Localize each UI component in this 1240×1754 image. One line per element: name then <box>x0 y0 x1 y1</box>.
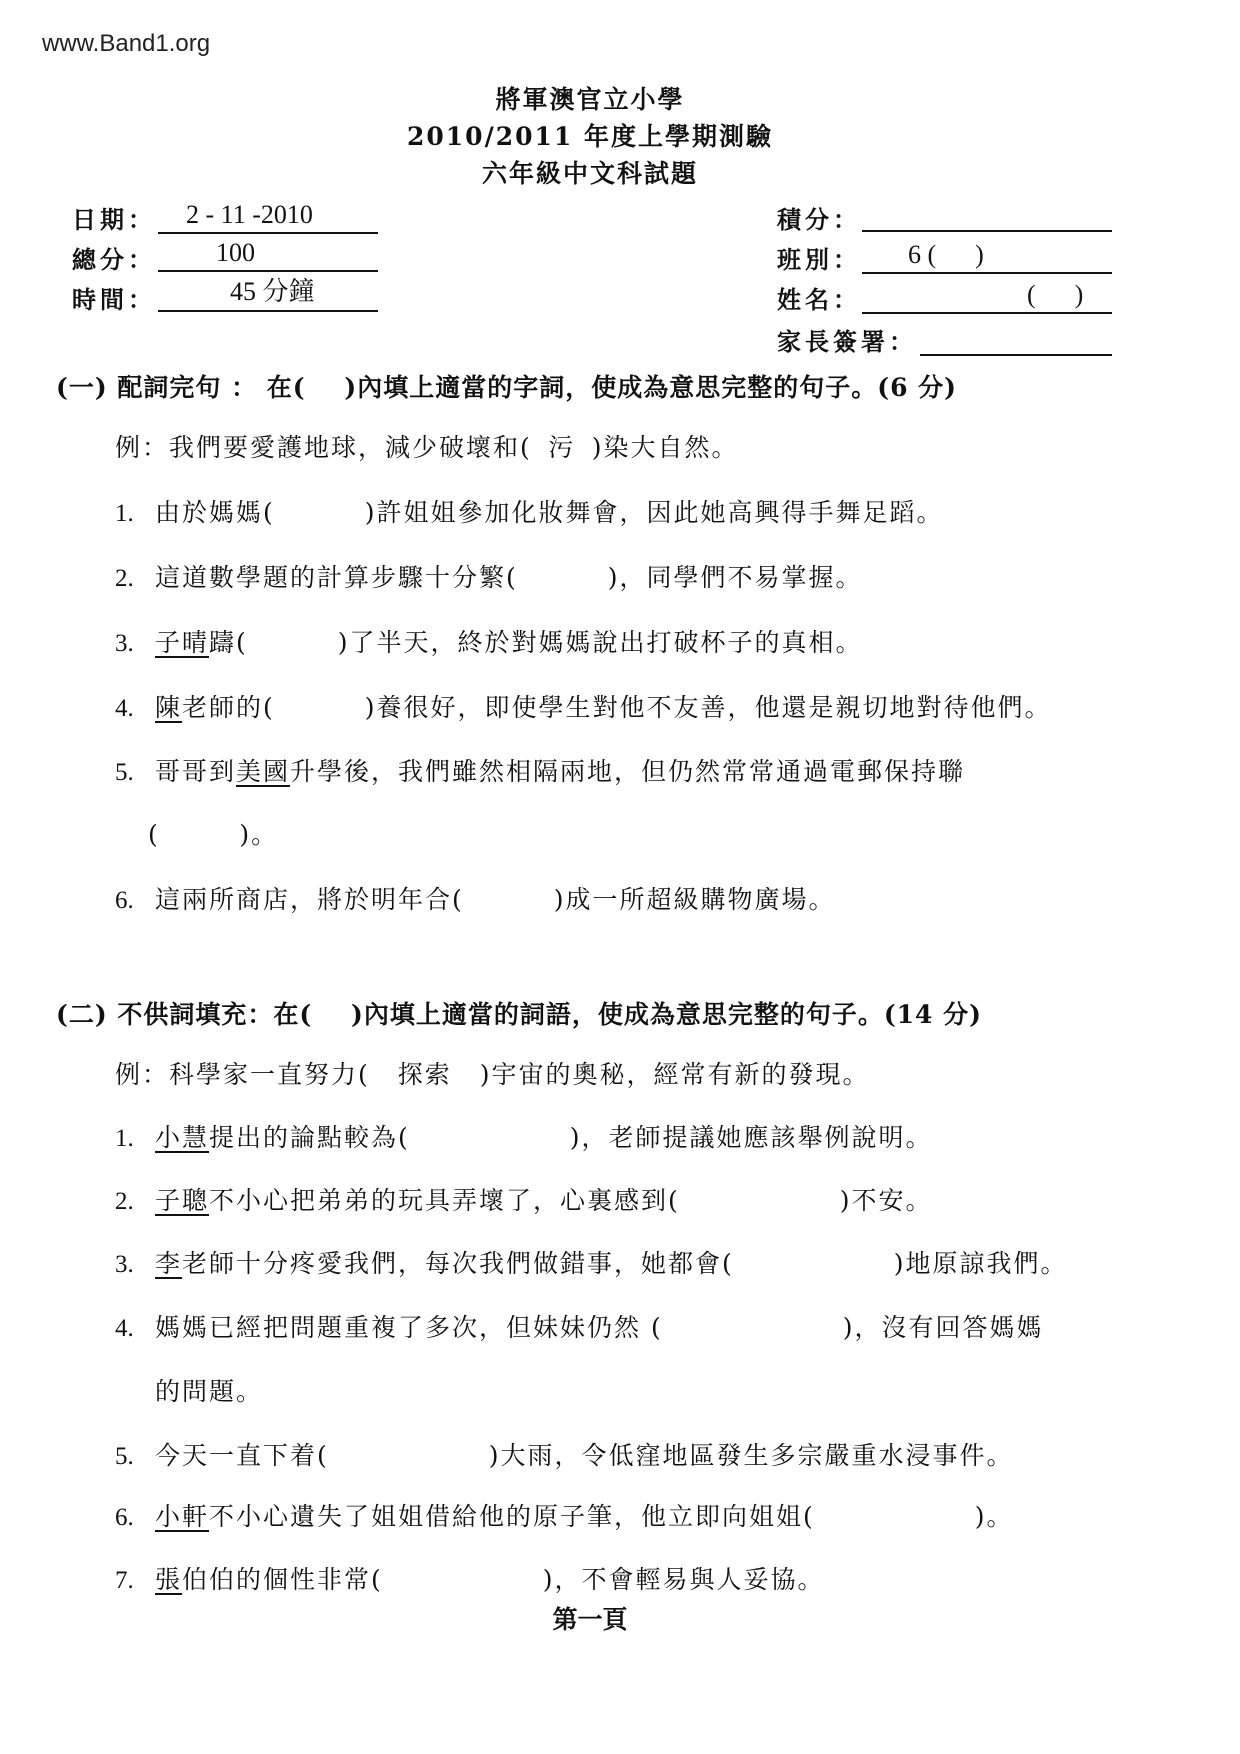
question-text-end: )成一所超級購物廣場。 <box>554 885 836 914</box>
example-text: 例：科學家一直努力( <box>115 1060 370 1089</box>
question-number: 3. <box>115 1251 155 1279</box>
question-text: 躊( <box>209 628 248 657</box>
watermark-url: www.Band1.org <box>42 30 210 58</box>
proper-name: 美國 <box>236 757 290 786</box>
s1-question-6: 6.這兩所商店，將於明年合()成一所超級購物廣場。 <box>115 880 836 916</box>
question-text: 伯伯的個性非常( <box>182 1565 383 1594</box>
question-text-end: )不安。 <box>840 1186 933 1215</box>
page-number: 第一頁 <box>0 1600 1180 1636</box>
score-field[interactable] <box>862 200 1112 232</box>
question-text: 不小心遺失了姐姐借給他的原子筆，他立即向姐姐( <box>209 1502 815 1531</box>
s1-question-5: 5.哥哥到美國升學後，我們雖然相隔兩地，但仍然常常通過電郵保持聯 <box>115 752 965 788</box>
s1-question-2: 2.這道數學題的計算步驟十分繁()，同學們不易掌握。 <box>115 558 863 594</box>
date-field[interactable]: 2 - 11 -2010 <box>158 202 378 234</box>
section2-example: 例：科學家一直努力(探索)宇宙的奧秘，經常有新的發現。 <box>115 1055 870 1091</box>
example-text: 例：我們要愛護地球，減少破壞和( <box>115 433 532 462</box>
class-field[interactable]: 6 ( ) <box>862 242 1112 274</box>
s2-question-6: 6.小軒不小心遺失了姐姐借給他的原子筆，他立即向姐姐()。 <box>115 1497 1014 1533</box>
proper-name: 李 <box>155 1249 182 1278</box>
class-label: 班別： <box>777 240 861 275</box>
question-number: 2. <box>115 565 155 593</box>
s2-question-3: 3.李老師十分疼愛我們，每次我們做錯事，她都會()地原諒我們。 <box>115 1244 1068 1280</box>
term-title: 2010/2011 年度上學期測驗 <box>0 117 1180 153</box>
score-label: 積分： <box>777 200 861 235</box>
question-number: 5. <box>115 1443 155 1471</box>
example-answer: 污 <box>532 428 592 464</box>
proper-name: 陳 <box>155 693 182 722</box>
s1-question-3: 3.子晴躊()了半天，終於對媽媽說出打破杯子的真相。 <box>115 623 863 659</box>
question-number: 6. <box>115 1504 155 1532</box>
question-text: 今天一直下着( <box>155 1441 329 1470</box>
question-number: 4. <box>115 695 155 723</box>
proper-name: 子晴 <box>155 628 209 657</box>
date-label: 日期： <box>72 200 156 235</box>
question-number: 4. <box>115 1315 155 1343</box>
question-text: 老師的( <box>182 693 275 722</box>
s2-question-5: 5.今天一直下着()大雨，令低窪地區發生多宗嚴重水浸事件。 <box>115 1436 1014 1472</box>
question-text: 提出的論點較為( <box>209 1123 410 1152</box>
time-value: 45 分鐘 <box>230 271 315 308</box>
s2-question-4-cont: 的問題。 <box>155 1372 263 1408</box>
question-text: 這道數學題的計算步驟十分繁( <box>155 563 518 592</box>
subject-title: 六年級中文科試題 <box>0 154 1180 190</box>
time-label: 時間： <box>72 280 156 315</box>
name-field[interactable]: ( ) <box>862 282 1112 314</box>
proper-name: 小慧 <box>155 1123 209 1152</box>
class-value: 6 ( ) <box>908 240 984 270</box>
proper-name: 小軒 <box>155 1502 209 1531</box>
s2-question-4: 4.媽媽已經把問題重複了多次，但妹妹仍然 ()，沒有回答媽媽 <box>115 1308 1043 1344</box>
school-name: 將軍澳官立小學 <box>0 80 1180 116</box>
question-number: 3. <box>115 630 155 658</box>
s1-question-5-blank[interactable]: ( )。 <box>148 815 278 851</box>
section1-example: 例：我們要愛護地球，減少破壞和(污)染大自然。 <box>115 428 739 464</box>
question-text-end: )了半天，終於對媽媽說出打破杯子的真相。 <box>338 628 863 657</box>
question-text-end: )許姐姐參加化妝舞會，因此她高興得手舞足蹈。 <box>365 498 944 527</box>
parent-signature-label: 家長簽署： <box>777 322 917 357</box>
example-answer: 探索 <box>370 1055 480 1091</box>
question-number: 7. <box>115 1567 155 1595</box>
proper-name: 張 <box>155 1565 182 1594</box>
question-number: 1. <box>115 1125 155 1153</box>
question-text: 媽媽已經把問題重複了多次，但妹妹仍然 ( <box>155 1313 663 1342</box>
question-text: 哥哥到 <box>155 757 236 786</box>
question-text: 由於媽媽( <box>155 498 275 527</box>
section2-heading: (二) 不供詞填充：在( )內填上適當的詞語，使成為意思完整的句子。(14 分) <box>56 995 982 1031</box>
total-marks-value: 100 <box>216 238 255 268</box>
question-number: 5. <box>115 759 155 787</box>
question-number: 2. <box>115 1188 155 1216</box>
question-number: 6. <box>115 887 155 915</box>
question-text-end: )，同學們不易掌握。 <box>608 563 863 592</box>
s1-question-4: 4.陳老師的()養很好，即使學生對他不友善，他還是親切地對待他們。 <box>115 688 1052 724</box>
question-number: 1. <box>115 500 155 528</box>
s2-question-7: 7.張伯伯的個性非常()，不會輕易與人妥協。 <box>115 1560 825 1596</box>
date-value: 2 - 11 -2010 <box>186 200 313 230</box>
question-text-end: )地原諒我們。 <box>894 1249 1068 1278</box>
question-text: 不小心把弟弟的玩具弄壞了，心裏感到( <box>209 1186 680 1215</box>
parent-signature-field[interactable] <box>920 324 1112 356</box>
section1-heading: (一) 配詞完句 ： 在( )內填上適當的字詞，使成為意思完整的句子。(6 分) <box>56 368 957 404</box>
example-text-end: )宇宙的奧秘，經常有新的發現。 <box>480 1060 870 1089</box>
question-text: 老師十分疼愛我們，每次我們做錯事，她都會( <box>182 1249 734 1278</box>
question-text-end: )。 <box>975 1502 1014 1531</box>
question-text-end: )大雨，令低窪地區發生多宗嚴重水浸事件。 <box>489 1441 1014 1470</box>
question-text-end: )，不會輕易與人妥協。 <box>543 1565 825 1594</box>
proper-name: 子聰 <box>155 1186 209 1215</box>
question-text-cont: 升學後，我們雖然相隔兩地，但仍然常常通過電郵保持聯 <box>290 757 965 786</box>
time-field[interactable]: 45 分鐘 <box>158 280 378 312</box>
question-text-end: )，老師提議她應該舉例說明。 <box>570 1123 933 1152</box>
total-marks-field[interactable]: 100 <box>158 240 378 272</box>
example-text-end: )染大自然。 <box>592 433 739 462</box>
s2-question-2: 2.子聰不小心把弟弟的玩具弄壞了，心裏感到()不安。 <box>115 1181 933 1217</box>
s1-question-1: 1.由於媽媽()許姐姐參加化妝舞會，因此她高興得手舞足蹈。 <box>115 493 944 529</box>
question-text: 這兩所商店，將於明年合( <box>155 885 464 914</box>
s2-question-1: 1.小慧提出的論點較為()，老師提議她應該舉例說明。 <box>115 1118 933 1154</box>
question-text-end: )，沒有回答媽媽 <box>843 1313 1044 1342</box>
name-class-number: ( ) <box>1027 280 1083 310</box>
question-text-end: )養很好，即使學生對他不友善，他還是親切地對待他們。 <box>365 693 1052 722</box>
total-marks-label: 總分： <box>72 240 156 275</box>
name-label: 姓名： <box>777 280 861 315</box>
